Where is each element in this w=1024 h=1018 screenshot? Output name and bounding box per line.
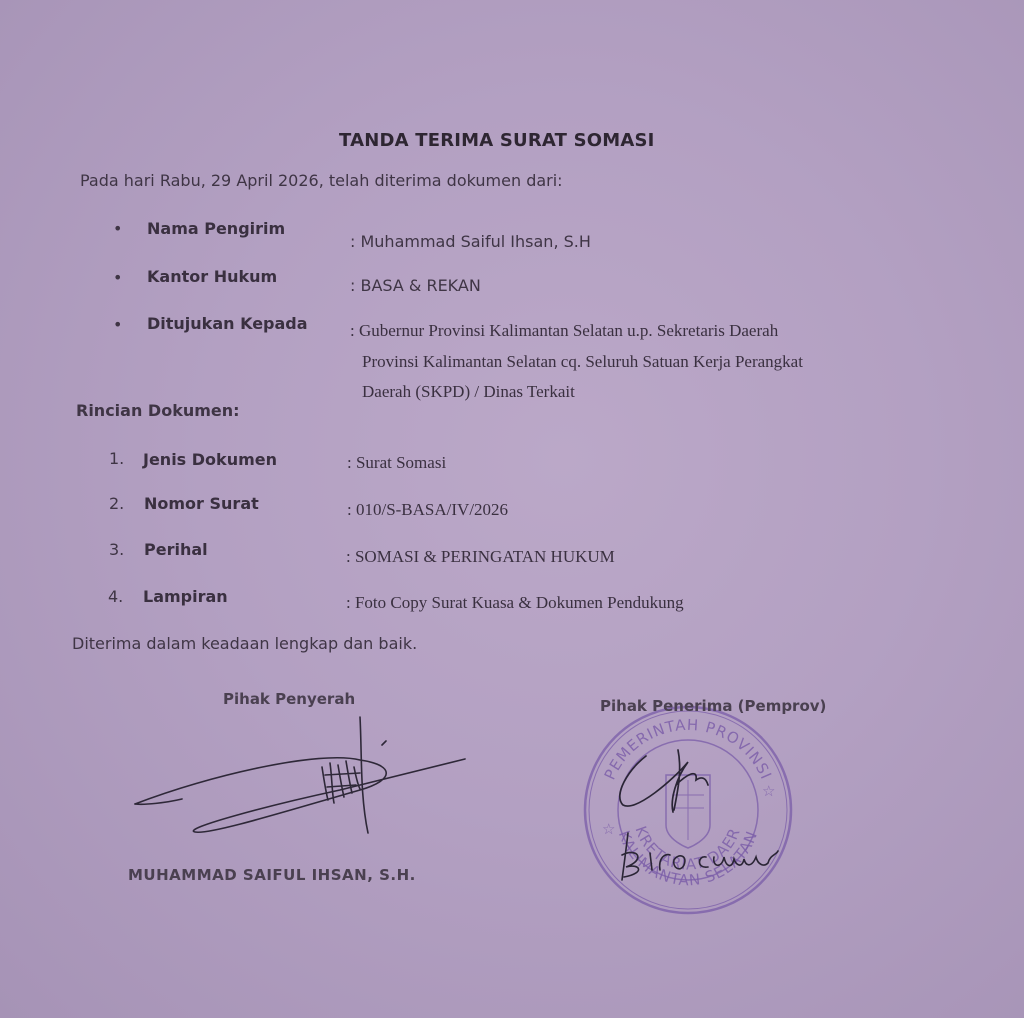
bullet-icon: •	[113, 268, 122, 287]
detail-label-jenis-dokumen: Jenis Dokumen	[143, 450, 277, 469]
field-value-ditujukan-line-2: Provinsi Kalimantan Selatan cq. Seluruh …	[362, 352, 803, 372]
detail-value-perihal: : SOMASI & PERINGATAN HUKUM	[346, 547, 615, 567]
detail-value-nomor-surat: : 010/S-BASA/IV/2026	[347, 500, 508, 520]
svg-text:☆: ☆	[602, 820, 616, 838]
handwritten-note-biro-umum	[618, 825, 788, 885]
signature-heading-receiver: Pihak Penerima (Pemprov)	[600, 697, 826, 715]
field-value-kantor-hukum: : BASA & REKAN	[350, 276, 481, 295]
field-value-ditujukan-line-1: : Gubernur Provinsi Kalimantan Selatan u…	[350, 321, 778, 341]
svg-text:☆: ☆	[762, 782, 776, 800]
field-label-nama-pengirim: Nama Pengirim	[147, 219, 285, 238]
detail-number: 1.	[109, 449, 124, 468]
field-value-nama-pengirim: : Muhammad Saiful Ihsan, S.H	[350, 232, 591, 251]
field-label-ditujukan-kepada: Ditujukan Kepada	[147, 314, 308, 333]
detail-number: 3.	[109, 540, 124, 559]
field-label-kantor-hukum: Kantor Hukum	[147, 267, 277, 286]
intro-text: Pada hari Rabu, 29 April 2026, telah dit…	[80, 171, 563, 190]
official-stamp-icon: PEMERINTAH PROVINSI KALIMANTAN SELATAN S…	[578, 700, 798, 920]
bullet-icon: •	[113, 315, 122, 334]
detail-label-lampiran: Lampiran	[143, 587, 228, 606]
details-heading: Rincian Dokumen:	[76, 401, 240, 420]
detail-label-perihal: Perihal	[144, 540, 208, 559]
signature-scribble-icon	[120, 705, 480, 845]
closing-text: Diterima dalam keadaan lengkap dan baik.	[72, 634, 417, 653]
detail-number: 2.	[109, 494, 124, 513]
bullet-icon: •	[113, 219, 122, 238]
detail-value-jenis-dokumen: : Surat Somasi	[347, 453, 446, 473]
document-title: TANDA TERIMA SURAT SOMASI	[339, 130, 655, 151]
detail-value-lampiran: : Foto Copy Surat Kuasa & Dokumen Penduk…	[346, 593, 684, 613]
detail-number: 4.	[108, 587, 123, 606]
signer-name: MUHAMMAD SAIFUL IHSAN, S.H.	[128, 866, 416, 884]
field-value-ditujukan-line-3: Daerah (SKPD) / Dinas Terkait	[362, 382, 575, 402]
detail-label-nomor-surat: Nomor Surat	[144, 494, 259, 513]
